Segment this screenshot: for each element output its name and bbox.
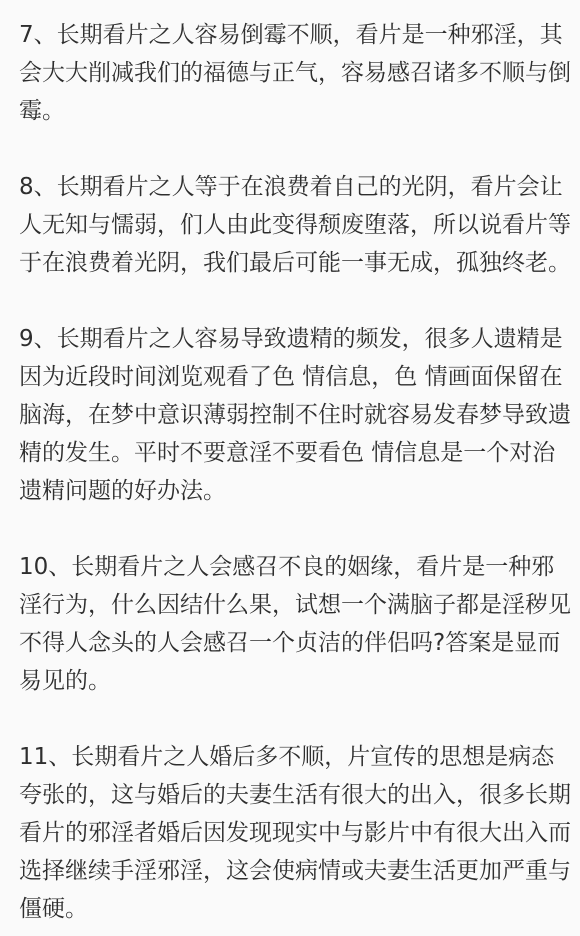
text-line: 7、长期看片之人容易倒霉不顺，看片是一种邪淫，其 [19,16,562,54]
text-line: 9、长期看片之人容易导致遗精的频发，很多人遗精是 [19,320,562,358]
paragraph-7: 7、长期看片之人容易倒霉不顺，看片是一种邪淫，其 会大大削减我们的福德与正气，容… [19,16,562,130]
text-line: 脑海，在梦中意识薄弱控制不住时就容易发春梦导致遗 [19,396,562,434]
text-line: 于在浪费着光阴，我们最后可能一事无成，孤独终老。 [19,244,562,282]
paragraph-11: 11、长期看片之人婚后多不顺，片宣传的思想是病态 夸张的，这与婚后的夫妻生活有很… [19,738,562,928]
text-line: 人无知与懦弱，们人由此变得颓废堕落，所以说看片等 [19,206,562,244]
text-line: 选择继续手淫邪淫，这会使病情或夫妻生活更加严重与 [19,852,562,890]
paragraph-9: 9、长期看片之人容易导致遗精的频发，很多人遗精是 因为近段时间浏览观看了色 情信… [19,320,562,510]
text-line: 会大大削减我们的福德与正气，容易感召诸多不顺与倒 [19,54,562,92]
paragraph-8: 8、长期看片之人等于在浪费着自己的光阴，看片会让 人无知与懦弱，们人由此变得颓废… [19,168,562,282]
text-line: 遗精问题的好办法。 [19,472,562,510]
text-line: 11、长期看片之人婚后多不顺，片宣传的思想是病态 [19,738,562,776]
paragraph-10: 10、长期看片之人会感召不良的姻缘，看片是一种邪 淫行为，什么因结什么果，试想一… [19,548,562,700]
text-line: 精的发生。平时不要意淫不要看色 情信息是一个对治 [19,434,562,472]
text-line: 不得人念头的人会感召一个贞洁的伴侣吗?答案是显而 [19,624,562,662]
text-line: 易见的。 [19,662,562,700]
text-line: 夸张的，这与婚后的夫妻生活有很大的出入，很多长期 [19,776,562,814]
text-line: 淫行为，什么因结什么果，试想一个满脑子都是淫秽见 [19,586,562,624]
text-line: 僵硬。 [19,890,562,928]
document-page: 7、长期看片之人容易倒霉不顺，看片是一种邪淫，其 会大大削减我们的福德与正气，容… [0,0,580,936]
text-line: 霉。 [19,92,562,130]
text-line: 看片的邪淫者婚后因发现现实中与影片中有很大出入而 [19,814,562,852]
text-line: 因为近段时间浏览观看了色 情信息，色 情画面保留在 [19,358,562,396]
text-line: 10、长期看片之人会感召不良的姻缘，看片是一种邪 [19,548,562,586]
text-line: 8、长期看片之人等于在浪费着自己的光阴，看片会让 [19,168,562,206]
